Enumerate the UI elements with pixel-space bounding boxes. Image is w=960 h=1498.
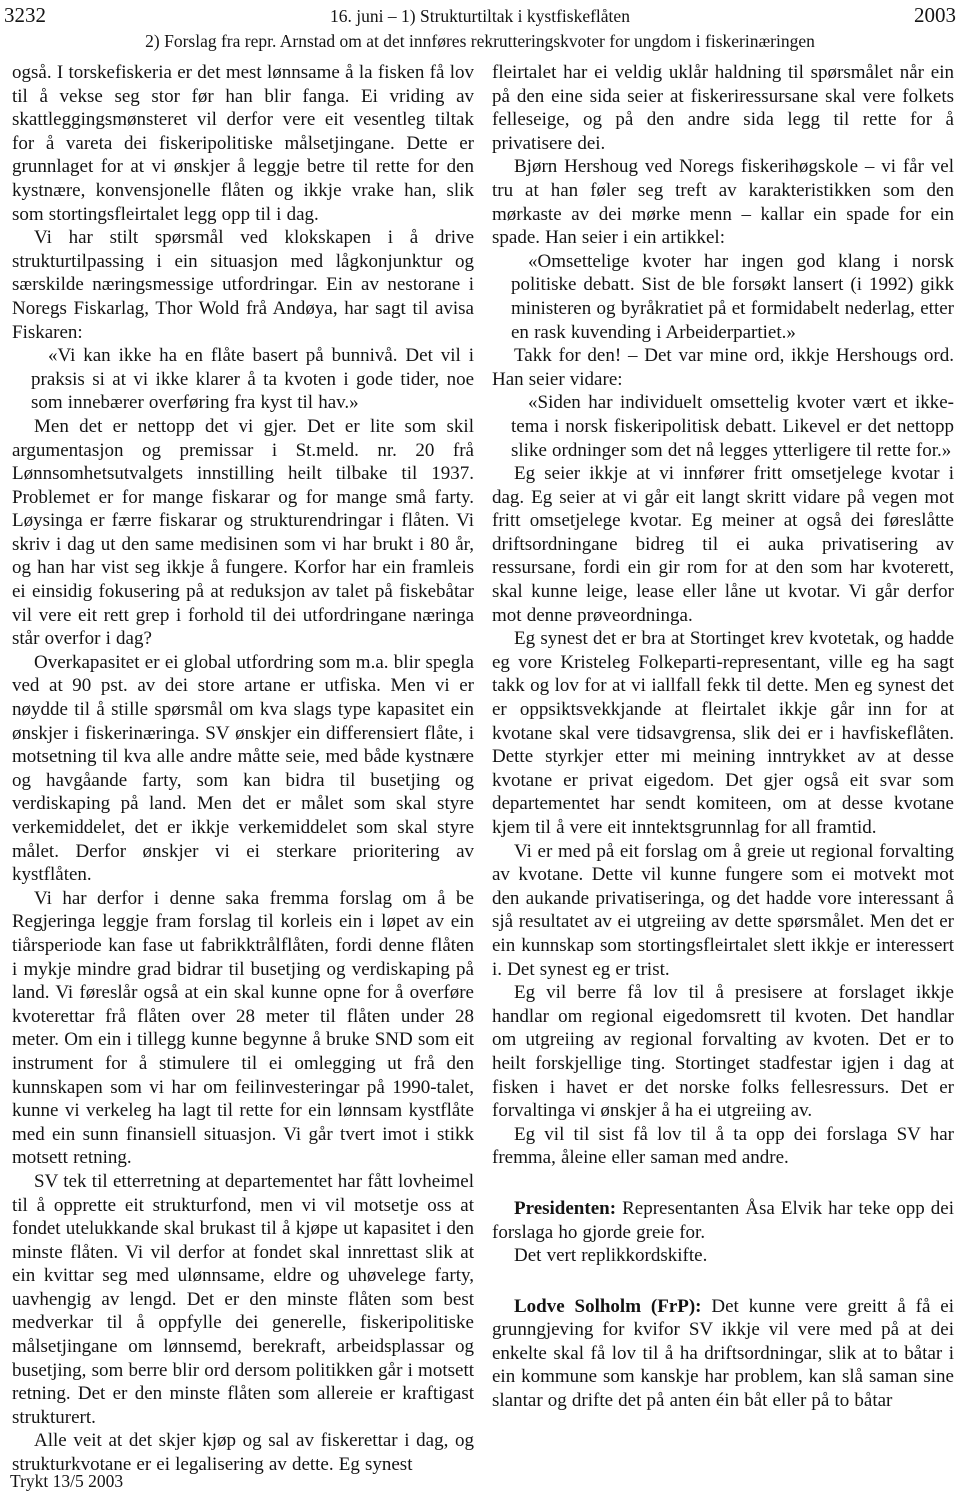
paragraph: Vi er med på eit forslag om å greie ut r… (492, 840, 954, 982)
paragraph: Overkapasitet er ei global utfordring so… (12, 651, 474, 887)
paragraph: SV tek til etterretning at departementet… (12, 1170, 474, 1430)
paragraph: Alle veit at det skjer kjøp og sal av fi… (12, 1429, 474, 1476)
paragraph: Vi har stilt spørsmål ved klokskapen i å… (12, 226, 474, 344)
page-number: 3232 (0, 3, 90, 28)
paragraph: Eg synest det er bra at Stortinget krev … (492, 627, 954, 839)
running-head: 3232 16. juni – 1) Strukturtiltak i kyst… (0, 0, 960, 52)
paragraph: Eg seier ikkje at vi innfører fritt omse… (492, 462, 954, 627)
paragraph: «Omsettelige kvoter har ingen god klang … (511, 250, 954, 344)
paragraph: Det vert replikkordskifte. (492, 1244, 954, 1268)
body-text: også. I torskefiskeria er det mest lønns… (0, 61, 960, 1477)
column-left: også. I torskefiskeria er det mest lønns… (12, 61, 474, 1477)
column-right: fleirtalet har ei veldig uklår haldning … (492, 61, 954, 1477)
header-subtitle: 2) Forslag fra repr. Arnstad om at det i… (0, 31, 960, 52)
print-note: Trykt 13/5 2003 (10, 1471, 123, 1492)
header-title: 16. juni – 1) Strukturtiltak i kystfiske… (90, 6, 870, 27)
paragraph: Eg vil til sist få lov til å ta opp dei … (492, 1123, 954, 1170)
speaker-name: Lodve Solholm (FrP): (514, 1296, 702, 1317)
paragraph: Vi har derfor i denne saka fremma forsla… (12, 887, 474, 1170)
paragraph: Eg vil berre få lov til å presisere at f… (492, 981, 954, 1123)
paragraph: også. I torskefiskeria er det mest lønns… (12, 61, 474, 226)
paragraph: fleirtalet har ei veldig uklår haldning … (492, 61, 954, 155)
document-page: 3232 16. juni – 1) Strukturtiltak i kyst… (0, 0, 960, 1498)
header-year: 2003 (870, 3, 960, 28)
paragraph: Men det er nettopp det vi gjer. Det er l… (12, 415, 474, 651)
speaker-name: Presidenten: (514, 1198, 616, 1219)
paragraph: Takk for den! – Det var mine ord, ikkje … (492, 344, 954, 391)
speaker-paragraph: Presidenten: Representanten Åsa Elvik ha… (492, 1197, 954, 1244)
paragraph: «Vi kan ikke ha en flåte basert på bunni… (31, 344, 474, 415)
speaker-paragraph: Lodve Solholm (FrP): Det kunne vere grei… (492, 1295, 954, 1413)
paragraph: «Siden har individuelt omsettelig kvoter… (511, 391, 954, 462)
paragraph: Bjørn Hershoug ved Noregs fiskerihøgskol… (492, 155, 954, 249)
